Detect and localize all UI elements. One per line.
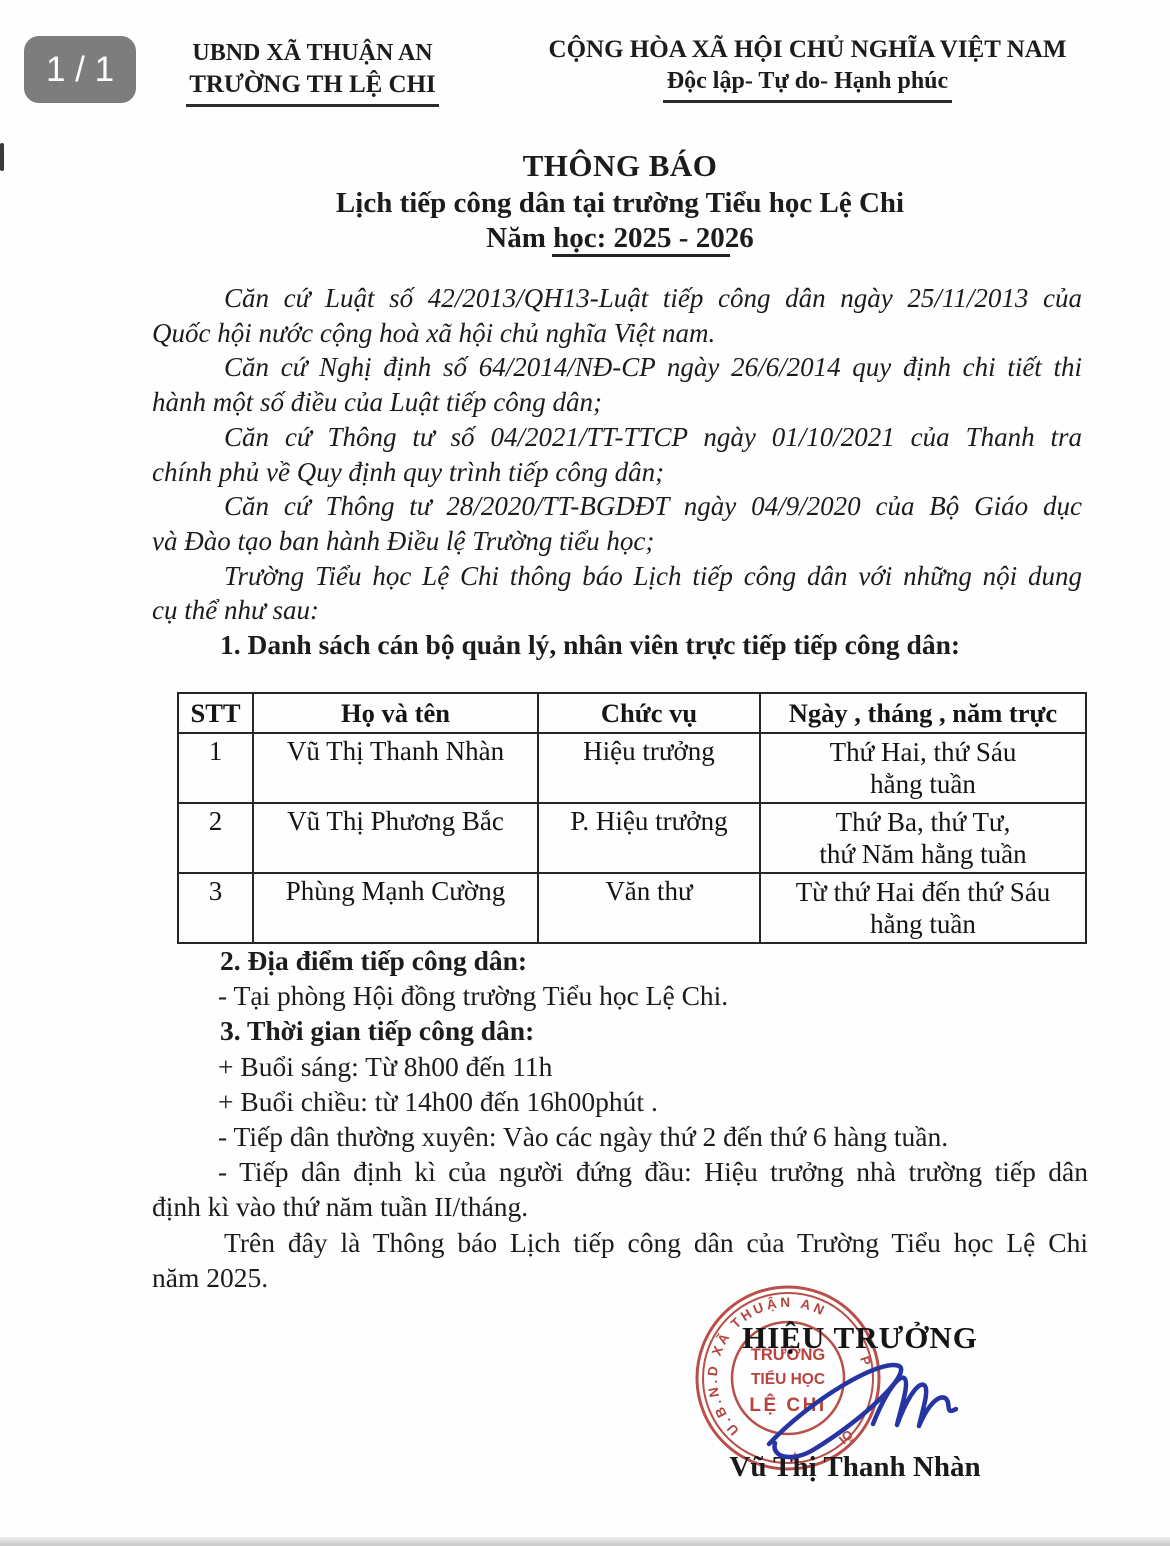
section-3-periodic-cont: định kì vào thứ năm tuần II/tháng.: [152, 1189, 1088, 1224]
duty-roster-table: STT Họ và tên Chức vụ Ngày , tháng , năm…: [177, 692, 1087, 944]
preamble-line: Căn cứ Thông tư 28/2020/TT-BGDĐT ngày 04…: [152, 489, 1082, 524]
letterhead-issuer: UBND XÃ THUẬN AN TRƯỜNG TH LỆ CHI: [145, 37, 480, 107]
cell-name: Vũ Thị Phương Bắc: [253, 803, 538, 873]
issuer-parent-org: UBND XÃ THUẬN AN: [145, 37, 480, 70]
cell-stt: 2: [178, 803, 253, 873]
table-row: 3 Phùng Mạnh Cường Văn thư Từ thứ Hai đế…: [178, 873, 1086, 943]
preamble-line: hành một số điều của Luật tiếp công dân;: [152, 385, 1082, 420]
preamble-line: và Đào tạo ban hành Điều lệ Trường tiểu …: [152, 524, 1082, 559]
scan-artifact: [0, 143, 4, 171]
section-3-heading: 3. Thời gian tiếp công dân:: [152, 1013, 1088, 1048]
doc-title: THÔNG BÁO: [85, 147, 1155, 185]
document-title-block: THÔNG BÁO Lịch tiếp công dân tại trường …: [85, 147, 1155, 255]
document-page: 1 / 1 UBND XÃ THUẬN AN TRƯỜNG TH LỆ CHI …: [0, 0, 1170, 1546]
col-header-schedule: Ngày , tháng , năm trực: [760, 693, 1086, 733]
body-sections: 2. Địa điểm tiếp công dân: - Tại phòng H…: [152, 943, 1088, 1295]
page-bottom-edge: [0, 1537, 1170, 1546]
preamble-line: chính phủ về Quy định quy trình tiếp côn…: [152, 455, 1082, 490]
title-underline: [552, 254, 730, 257]
preamble-line: Căn cứ Nghị định số 64/2014/NĐ-CP ngày 2…: [152, 350, 1082, 385]
col-header-role: Chức vụ: [538, 693, 760, 733]
section-3-afternoon: + Buổi chiều: từ 14h00 đến 16h00phút .: [152, 1084, 1088, 1119]
section-2-location: - Tại phòng Hội đồng trường Tiểu học Lệ …: [152, 978, 1088, 1013]
section-1-heading: 1. Danh sách cán bộ quản lý, nhân viên t…: [152, 628, 1082, 663]
section-3-morning: + Buổi sáng: Từ 8h00 đến 11h: [152, 1049, 1088, 1084]
cell-stt: 1: [178, 733, 253, 803]
preamble-line: Căn cứ Thông tư số 04/2021/TT-TTCP ngày …: [152, 420, 1082, 455]
page-number-badge: 1 / 1: [24, 36, 136, 103]
preamble-line: cụ thể như sau:: [152, 593, 1082, 628]
preamble-line: Căn cứ Luật số 42/2013/QH13-Luật tiếp cô…: [152, 281, 1082, 316]
cell-role: Văn thư: [538, 873, 760, 943]
cell-schedule: Từ thứ Hai đến thứ Sáu hằng tuần: [760, 873, 1086, 943]
national-title: CỘNG HÒA XÃ HỘI CHỦ NGHĨA VIỆT NAM: [515, 33, 1100, 67]
cell-name: Vũ Thị Thanh Nhàn: [253, 733, 538, 803]
cell-role: Hiệu trưởng: [538, 733, 760, 803]
letterhead-national-motto: CỘNG HÒA XÃ HỘI CHỦ NGHĨA VIỆT NAM Độc l…: [515, 33, 1100, 103]
cell-schedule: Thứ Ba, thứ Tư, thứ Năm hằng tuần: [760, 803, 1086, 873]
cell-stt: 3: [178, 873, 253, 943]
legal-preamble: Căn cứ Luật số 42/2013/QH13-Luật tiếp cô…: [152, 281, 1082, 663]
col-header-stt: STT: [178, 693, 253, 733]
table-row: 1 Vũ Thị Thanh Nhàn Hiệu trưởng Thứ Hai,…: [178, 733, 1086, 803]
preamble-line: Trường Tiểu học Lệ Chi thông báo Lịch ti…: [152, 559, 1082, 594]
national-motto: Độc lập- Tự do- Hạnh phúc: [663, 67, 952, 103]
section-3-regular: - Tiếp dân thường xuyên: Vào các ngày th…: [152, 1119, 1088, 1154]
col-header-name: Họ và tên: [253, 693, 538, 733]
handwritten-signature: [755, 1352, 965, 1464]
table-header-row: STT Họ và tên Chức vụ Ngày , tháng , năm…: [178, 693, 1086, 733]
closing-line-cont: năm 2025.: [152, 1260, 1088, 1295]
cell-schedule: Thứ Hai, thứ Sáu hằng tuần: [760, 733, 1086, 803]
signature-stroke: [769, 1365, 956, 1457]
issuer-school-name: TRƯỜNG TH LỆ CHI: [186, 70, 439, 107]
doc-school-year: Năm học: 2025 - 2026: [85, 221, 1155, 255]
preamble-line: Quốc hội nước cộng hoà xã hội chủ nghĩa …: [152, 316, 1082, 351]
closing-line: Trên đây là Thông báo Lịch tiếp công dân…: [152, 1225, 1088, 1260]
section-3-periodic: - Tiếp dân định kì của người đứng đầu: H…: [152, 1154, 1088, 1189]
cell-role: P. Hiệu trưởng: [538, 803, 760, 873]
doc-subtitle: Lịch tiếp công dân tại trường Tiểu học L…: [85, 185, 1155, 221]
table-row: 2 Vũ Thị Phương Bắc P. Hiệu trưởng Thứ B…: [178, 803, 1086, 873]
signer-title: HIỆU TRƯỞNG: [740, 1320, 980, 1356]
cell-name: Phùng Mạnh Cường: [253, 873, 538, 943]
section-2-heading: 2. Địa điểm tiếp công dân:: [152, 943, 1088, 978]
